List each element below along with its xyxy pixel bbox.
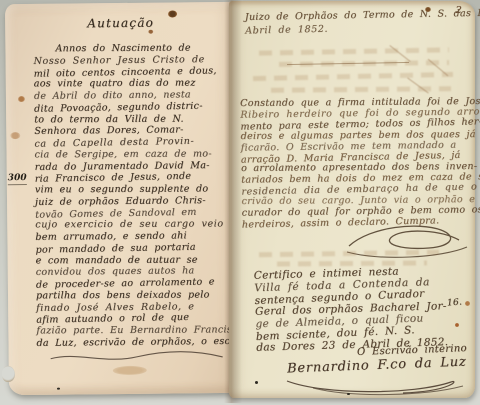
paper-hole: [2, 366, 15, 382]
page-gutter-shadow: [224, 0, 242, 403]
manuscript-line: fazião parte. Eu Bernardino Francisco: [36, 324, 234, 337]
right-page: 2 Juizo de Orphãos do Termo de N. S. das…: [229, 1, 475, 398]
certification-paragraph: Certifico e intimei nesta Villa fé toda …: [254, 264, 445, 355]
manuscript-line: cia de Sergipe, em caza de mo-: [35, 148, 233, 161]
ink-speck: [347, 393, 350, 395]
ink-blot: [168, 10, 177, 17]
manuscript-line: crivão do seu cargo. Junto via o orphão …: [241, 195, 477, 208]
left-page: Autuação 300 Annos do Nascimento de Noss…: [5, 2, 240, 395]
foxing-stain: [465, 301, 470, 306]
foxing-stain: [18, 96, 25, 102]
foxing-stain: [113, 366, 147, 375]
clerk-signature: Bernardino F.co da Luz: [287, 355, 467, 377]
ink-bleedthrough: [259, 47, 449, 55]
manuscript-line: to do termo da Villa de N.: [34, 113, 232, 126]
ink-speck: [57, 388, 60, 390]
signature-underline-flourish-icon: [283, 375, 469, 397]
margin-note-300: 300: [8, 173, 27, 185]
margin-note-16: 16.: [447, 297, 463, 308]
foxing-stain: [425, 7, 431, 12]
flourish-underline-icon: [47, 348, 227, 366]
foxing-stain: [10, 132, 20, 139]
foxing-stain: [455, 323, 459, 327]
court-header: Juizo de Orphãos do Termo de N. S. das D…: [245, 7, 472, 37]
manuscript-photo: Autuação 300 Annos do Nascimento de Noss…: [0, 0, 480, 405]
order-paragraph: Constando que a firma intitulada foi de …: [240, 96, 478, 230]
left-page-paragraph: Annos do Nascimento de Nosso Senhor Jesu…: [33, 42, 234, 350]
ink-bleedthrough: [253, 72, 453, 81]
page-title: Autuação: [5, 15, 236, 31]
manuscript-line: vim eu o segundo supplente do: [35, 183, 233, 196]
ink-speck: [255, 381, 258, 384]
foxing-stain: [148, 30, 153, 34]
manuscript-line: cujo exercicio de seu cargo veio: [35, 219, 233, 232]
